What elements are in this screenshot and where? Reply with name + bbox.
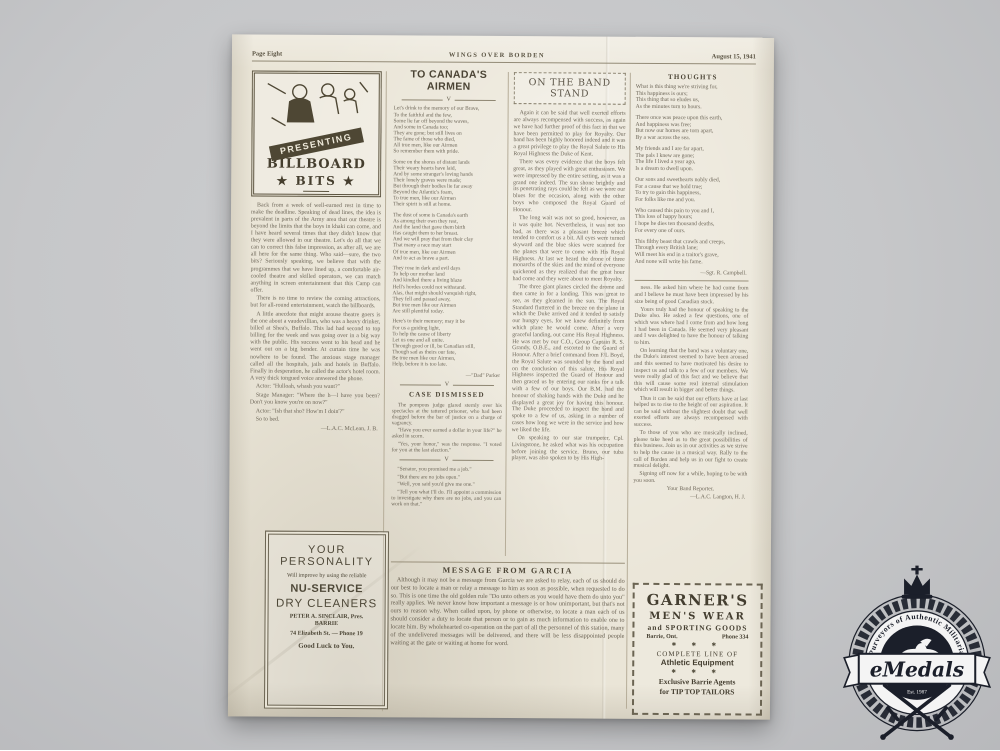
band-stand-continuation: ness. He asked him where he had come fro…: [633, 285, 748, 485]
billboard-signature: —L.A.C. McLean, J. B.: [250, 425, 378, 433]
emedals-wordmark: eMedals: [870, 657, 964, 681]
column-airmen: TO CANADA'S AIRMEN V Let's drink to the …: [391, 69, 504, 558]
poem-stanza: There once was peace upon this earth, An…: [635, 115, 749, 142]
band-reporter-line: Your Band Reporter,: [633, 486, 747, 493]
case-dismissed-part2: "Senator, you promised me a job.""But th…: [391, 466, 501, 508]
garcia-body: Although it may not be a message from Ga…: [390, 576, 624, 648]
column-band-stand: ON THE BAND STAND Again it can be said t…: [511, 72, 626, 559]
poem-stanza: The dust of some is Canada's earth As am…: [393, 212, 503, 261]
thoughts-signature: —Sgt. R. Campbell.: [635, 270, 747, 277]
band-reporter-signature: —L.A.C. Langton, H. J.: [633, 493, 745, 500]
article-paragraph: Back from a week of well-earned rest in …: [251, 202, 382, 295]
article-paragraph: Signing off now for a while, hoping to b…: [633, 471, 747, 485]
v-divider: V: [402, 96, 496, 103]
poem-stanza: Let's drink to the memory of our Brave, …: [393, 106, 503, 155]
garner-agents1: Exclusive Barrie Agents: [638, 677, 756, 687]
nu-ad-president: PETER A. SINCLAIR, Pres.: [270, 614, 384, 621]
article-paragraph: There was every evidence that the boys f…: [513, 159, 625, 214]
article-paragraph: "Well, you said you'd give me one.": [391, 482, 501, 489]
article-paragraph: "Have you ever earned a dollar in your l…: [392, 428, 502, 441]
article-paragraph: There is no time to review the coming at…: [250, 296, 380, 311]
article-paragraph: The three giant planes circled the drome…: [512, 284, 625, 434]
garcia-section: MESSAGE FROM GARCIA Although it may not …: [390, 561, 625, 692]
garner-phone: Phone 334: [722, 634, 749, 640]
garner-line2: and SPORTING GOODS: [638, 623, 756, 633]
article-paragraph: To those of you who are musically inclin…: [633, 430, 747, 470]
garcia-headline: MESSAGE FROM GARCIA: [391, 565, 625, 575]
poem-stanza: Our sons and sweethearts nobly died, For…: [635, 177, 749, 204]
sword-pommel: [948, 734, 954, 740]
column-thoughts: THOUGHTS What is this thing we're strivi…: [633, 71, 750, 580]
garners-ad: GARNER'S MEN'S WEAR and SPORTING GOODS B…: [632, 583, 763, 716]
article-paragraph: A little anecdote that might arouse thea…: [250, 311, 380, 383]
masthead-title: WINGS OVER BORDEN: [449, 52, 545, 60]
case-dismissed-headline: CASE DISMISSED: [392, 391, 502, 400]
poem-stanza: Who caused this pain to you and I, This …: [635, 208, 749, 235]
airmen-poem: Let's drink to the memory of our Brave, …: [392, 106, 504, 368]
nu-ad-address: 74 Elizabeth St. — Phone 19: [269, 631, 383, 638]
poem-stanza: They rose in dark and evil days To help …: [392, 266, 502, 315]
masthead-page-label: Page Eight: [252, 50, 282, 57]
crown-icon: [902, 566, 933, 599]
airmen-headline: TO CANADA'S AIRMEN: [394, 69, 504, 93]
article-paragraph: On speaking to our star trumpeter, Cpl. …: [511, 435, 623, 463]
masthead: Page Eight WINGS OVER BORDEN August 15, …: [252, 50, 756, 64]
emedals-logo: Purveyors of Authentic Militaria: [836, 564, 998, 746]
billboard-rule: [303, 191, 329, 192]
column-rule-3: [626, 73, 631, 709]
article-paragraph: Again it can be said that well exerted e…: [513, 110, 625, 158]
band-stand-headline: ON THE BAND STAND: [514, 72, 626, 105]
article-paragraph: ness. He asked him where he had come fro…: [634, 285, 748, 306]
garner-agents2: for TIP TOP TAILORS: [638, 687, 756, 697]
poem-stanza: My friends and I are far apart, The pals…: [635, 146, 749, 173]
poem-stanza: This filthy beast that crawls and creeps…: [635, 239, 749, 266]
thoughts-headline: THOUGHTS: [636, 73, 750, 82]
nu-service-ad: YOUR PERSONALITY Will improve by using t…: [264, 531, 389, 710]
nu-ad-tagline: Will improve by using the reliable: [274, 573, 380, 580]
garner-contact: Barrie, Ont. Phone 334: [638, 632, 756, 641]
emedals-crest-icon: Purveyors of Authentic Militaria: [836, 564, 998, 746]
article-paragraph: Yours truly had the honour of speaking t…: [634, 306, 748, 346]
poem-stanza: Some on the shores of distant lands Thei…: [393, 159, 503, 208]
nu-ad-your: YOUR: [270, 544, 384, 557]
article-paragraph: Stage Manager: "Where the h—l have you b…: [250, 392, 380, 407]
poem-stanza: What is this thing we're striving for, T…: [636, 84, 750, 111]
column-billboard-bits: PRESENTING BILLBOARD ★ BITS ★ Back from …: [249, 68, 382, 527]
billboard-subtitle: ★ BITS ★: [258, 174, 374, 189]
nu-ad-type: DRY CLEANERS: [270, 598, 384, 611]
column-rule-2: [505, 72, 509, 556]
article-paragraph: Actor: "Ish that sho? How'm I doin'?": [250, 408, 380, 416]
star-divider: ✱ ✱ ✱: [638, 642, 756, 649]
article-paragraph: So to bed.: [250, 417, 380, 425]
thoughts-poem: What is this thing we're striving for, T…: [635, 84, 750, 266]
nu-ad-personality: PERSONALITY: [270, 556, 384, 569]
article-paragraph: "Yes, your honor," was the response. "I …: [392, 441, 502, 454]
nu-ad-brand: NU-SERVICE: [270, 583, 384, 596]
article-paragraph: Actor: "Hulloah, whash you want?": [250, 384, 380, 392]
nu-ad-city: BARRIE: [269, 621, 383, 628]
band-stand-article: Again it can be said that well exerted e…: [511, 110, 625, 463]
sword-pommel: [880, 734, 886, 740]
article-paragraph: "Tell you what I'll do. I'll appoint a c…: [391, 489, 501, 508]
garner-name: GARNER'S: [639, 591, 757, 610]
masthead-date: August 15, 1941: [712, 53, 756, 60]
section-rule: [635, 280, 749, 282]
garner-line1: MEN'S WEAR: [639, 611, 757, 623]
star-divider: ✱ ✱ ✱: [638, 669, 756, 676]
newspaper-page: Page Eight WINGS OVER BORDEN August 15, …: [228, 34, 774, 719]
article-paragraph: The pompous judge glared sternly over hi…: [392, 402, 502, 427]
garner-city: Barrie, Ont.: [646, 634, 677, 640]
nu-ad-luck: Good Luck to You.: [269, 642, 383, 651]
poem-stanza: Here's to their memory; may it be For us…: [392, 319, 502, 368]
v-divider: V: [400, 381, 494, 388]
v-divider: V: [399, 457, 493, 464]
name-banner: eMedals: [844, 654, 990, 687]
garner-equipment: Athletic Equipment: [638, 658, 756, 668]
airmen-signature: —"Dad" Parker: [392, 372, 500, 379]
established-text: Est. 1987: [907, 689, 927, 695]
article-paragraph: The long wait was not so good, however, …: [513, 215, 625, 283]
billboard-bits-plate: PRESENTING BILLBOARD ★ BITS ★: [251, 70, 382, 197]
article-paragraph: "But there are no jobs open.": [391, 474, 501, 481]
article-paragraph: "Senator, you promised me a job.": [391, 466, 501, 473]
article-paragraph: On learning that the band was a voluntar…: [634, 348, 748, 395]
article-paragraph: Thus it can be said that our efforts hav…: [634, 395, 748, 429]
billboard-article: Back from a week of well-earned rest in …: [250, 202, 381, 424]
case-dismissed-part1: The pompous judge glared sternly over hi…: [392, 402, 502, 454]
